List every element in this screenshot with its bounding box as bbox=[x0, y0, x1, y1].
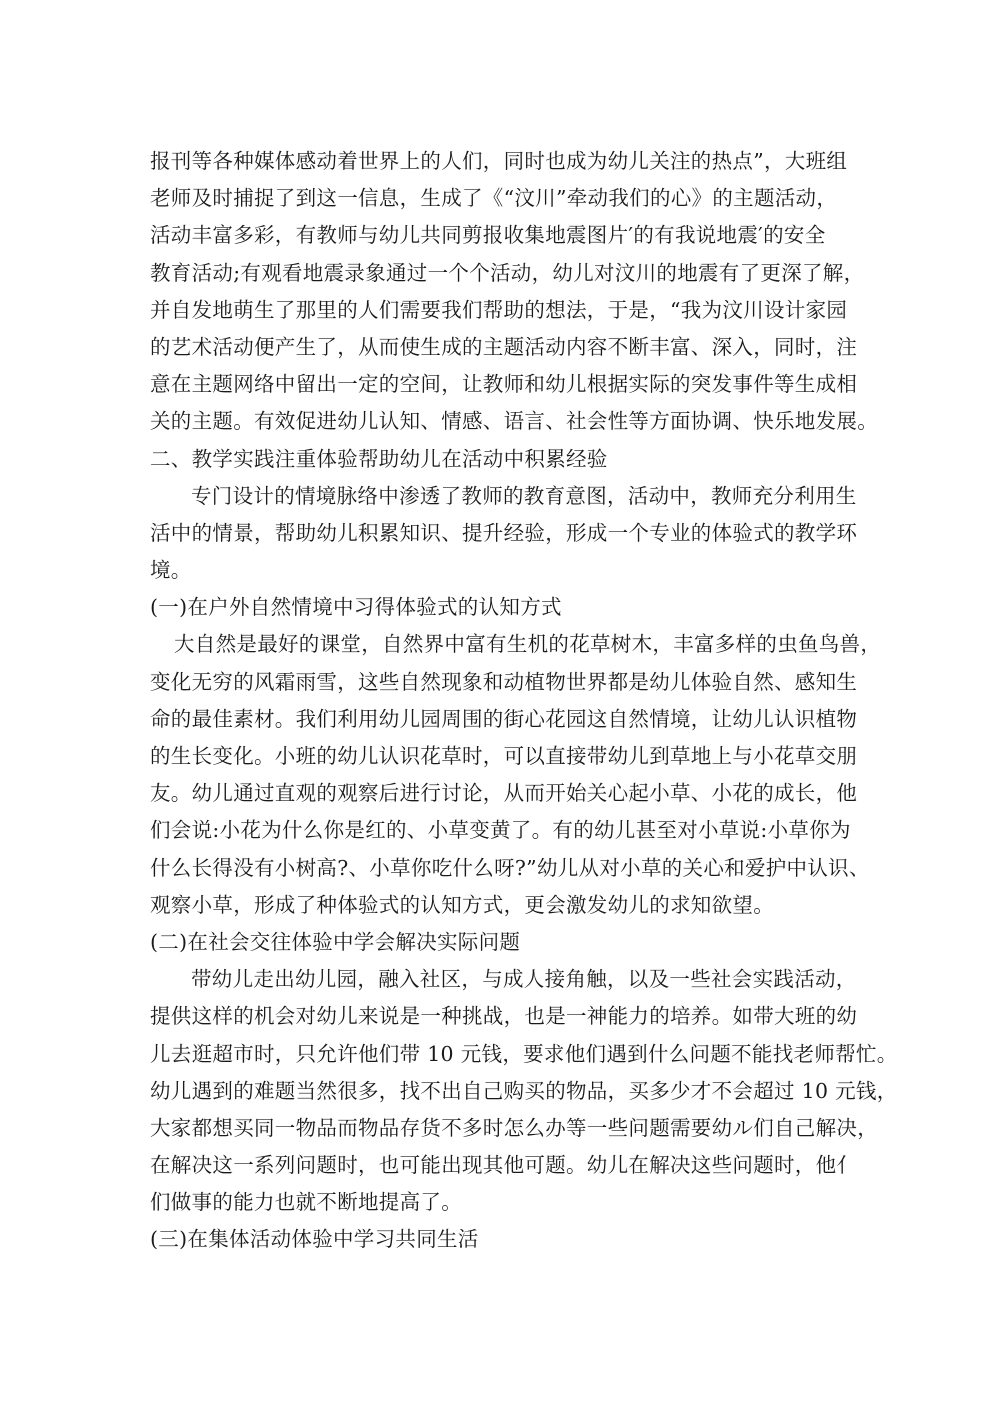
text-line: 在解决这一系列问题时，也可能出现其他可题。幼儿在解决这些问题时，他亻 bbox=[150, 1147, 870, 1184]
text-line: 幼儿遇到的难题当然很多，找不出自己购买的物品，买多少才不会超过 10 元钱， bbox=[150, 1073, 870, 1110]
text-line: 报刊等各种媒体感动着世界上的人们，同时也成为幼儿关注的热点”，大班组 bbox=[150, 143, 870, 180]
paragraph-start: 带幼儿走出幼儿园，融入社区，与成人接角触，以及一些社会实践活动， bbox=[150, 961, 870, 998]
text-line: 儿去逛超市时，只允许他们带 10 元钱，要求他们遇到什么问题不能找老师帮忙。 bbox=[150, 1036, 870, 1073]
text-line: 境。 bbox=[150, 552, 870, 589]
text-line: 意在主题网络中留出一定的空间，让教师和幼儿根据实际的突发事件等生成相 bbox=[150, 366, 870, 403]
subsection-heading-1: (一)在户外自然情境中习得体验式的认知方式 bbox=[150, 589, 870, 626]
text-line: 老师及时捕捉了到这一信息，生成了《“汶川”牵动我们的心》的主题活动， bbox=[150, 180, 870, 217]
subsection-heading-3: (三)在集体活动体验中学习共同生活 bbox=[150, 1221, 870, 1258]
text-line: 变化无穷的风霜雨雪，这些自然现象和动植物世界都是幼儿体验自然、感知生 bbox=[150, 664, 870, 701]
subsection-heading-2: (二)在社会交往体验中学会解决实际问题 bbox=[150, 924, 870, 961]
text-line: 友。幼儿通过直观的观察后进行讨论，从而开始关心起小草、小花的成长，他 bbox=[150, 775, 870, 812]
document-page: 报刊等各种媒体感动着世界上的人们，同时也成为幼儿关注的热点”，大班组 老师及时捕… bbox=[0, 0, 1000, 1415]
text-line: 观察小草，形成了种体验式的认知方式，更会激发幼儿的求知欲望。 bbox=[150, 887, 870, 924]
text-line: 们会说:小花为什么你是红的、小草变黄了。有的幼儿甚至对小草说:小草你为 bbox=[150, 812, 870, 849]
text-line: 关的主题。有效促进幼儿认知、情感、语言、社会性等方面协调、快乐地发展。 bbox=[150, 403, 870, 440]
text-line: 的生长变化。小班的幼儿认识花草时，可以直接带幼儿到草地上与小花草交朋 bbox=[150, 738, 870, 775]
text-line: 提供这样的机会对幼儿来说是一种挑战，也是一神能力的培养。如带大班的幼 bbox=[150, 998, 870, 1035]
text-line: 命的最佳素材。我们利用幼儿园周围的街心花园这自然情境，让幼儿认识植物 bbox=[150, 701, 870, 738]
text-line: 活动丰富多彩，有教师与幼儿共同剪报收集地震图片′的有我说地震′的安全 bbox=[150, 217, 870, 254]
document-body: 报刊等各种媒体感动着世界上的人们，同时也成为幼儿关注的热点”，大班组 老师及时捕… bbox=[150, 143, 870, 1259]
text-line: 什么长得没有小树高?、小草你吃什么呀?”幼儿从对小草的关心和爱护中认识、 bbox=[150, 850, 870, 887]
text-line: 活中的情景，帮助幼儿积累知识、提升经验，形成一个专业的体验式的教学环 bbox=[150, 515, 870, 552]
text-line: 们做事的能力也就不断地提高了。 bbox=[150, 1184, 870, 1221]
text-line: 大家都想买同一物品而物品存货不多时怎么办等一些问题需要幼ル们自己解决， bbox=[150, 1110, 870, 1147]
paragraph-start: 专门设计的情境脉络中渗透了教师的教育意图，活动中，教师充分利用生 bbox=[150, 478, 870, 515]
text-line: 的艺术活动便产生了，从而使生成的主题活动内容不断丰富、深入，同时，注 bbox=[150, 329, 870, 366]
section-heading-2: 二、教学实践注重体验帮助幼儿在活动中积累经验 bbox=[150, 441, 870, 478]
paragraph-start: 大自然是最好的课堂，自然界中富有生机的花草树木，丰富多样的虫鱼鸟兽， bbox=[150, 626, 870, 663]
text-line: 教育活动;有观看地震录象通过一个个活动，幼儿对汶川的地震有了更深了解， bbox=[150, 255, 870, 292]
text-line: 并自发地萌生了那里的人们需要我们帮助的想法，于是，“我为汶川设计家园 bbox=[150, 292, 870, 329]
